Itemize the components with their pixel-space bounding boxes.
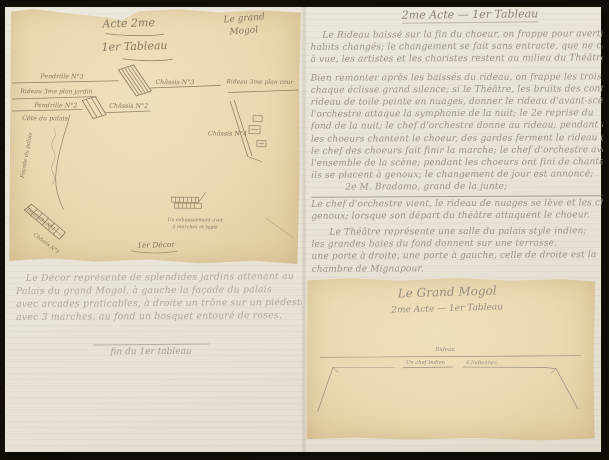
label-cote-palais: Côté du palais [22, 115, 69, 122]
label-chassis-4: Châssis N°4 [208, 130, 247, 137]
label-chassis-3: Châssis N°3 [155, 79, 194, 86]
manuscript-line: fond de la nuit; le chef d'orchestre don… [311, 120, 603, 134]
tableau-title: 1er Tableau [101, 39, 167, 54]
label-rideau-cour: Rideau 3me plan cour [225, 78, 294, 85]
label-chef-indien: Un chef Indien [406, 360, 445, 366]
notes-paragraph-2: Bien remonter après les baissés du ridea… [311, 71, 604, 195]
manuscript-line: 2e M. Bradamo, grand de la junte; [311, 181, 603, 195]
manuscript-line: genoux; lorsque son départ du théâtre at… [311, 209, 603, 223]
rideau-jardin-line [12, 96, 96, 100]
sheet-subtitle: 2me Acte — 1er Tableau [390, 302, 503, 315]
work-title-line2: Mogol [228, 25, 259, 37]
facade-squiggle [51, 128, 55, 184]
notes-paragraph-1: Le Rideau baissé sur la fin du choeur, o… [310, 28, 602, 66]
manuscript-line: chambre de Mignapour. [312, 262, 604, 276]
page-gutter-shadow [301, 7, 307, 452]
rostrum-caption-line1: Un exhaussement avec [167, 217, 223, 223]
rostrum-caption-line2: 2 marches et tapis [171, 224, 218, 230]
manuscript-line: à vue, les artistes et les choristes res… [310, 53, 602, 67]
label-pendrille-1: Pendrille N°1 [24, 206, 56, 232]
manuscript-line: avec 3 marches, au fond un bosquet entou… [16, 309, 302, 324]
sheet-title: Le Grand Mogol [397, 284, 497, 301]
label-chassis-1: Châssis N°1 [32, 231, 61, 255]
work-title-line1: Le grand [222, 12, 265, 25]
label-pendrille-2: Pendrille N°2 [33, 102, 77, 109]
rostrum-steps [171, 192, 205, 208]
flourish-footer [131, 251, 177, 253]
border-line-2b [106, 111, 150, 113]
border-line-cour [228, 90, 298, 93]
fin-du-tableau: fin du 1er tableau [93, 343, 209, 357]
staging-notes: Le Rideau baissé sur la fin du choeur, o… [310, 28, 603, 275]
palace-facade-curve [55, 114, 70, 209]
notes-paragraph-4: Le Théâtre représente une salle du palai… [311, 225, 603, 275]
flourish-under-tableau [123, 59, 173, 61]
label-chassis-2: Châssis N°2 [109, 103, 148, 110]
decor-description: Le Décor représente de splendides jardin… [16, 270, 302, 324]
curtain-plan-sheet: Le Grand Mogol 2me Acte — 1er Tableau Ri… [307, 277, 596, 441]
hatched-flat-b [82, 96, 106, 118]
hatched-flat-a [118, 65, 151, 96]
label-rideau: Rideau [434, 347, 455, 353]
archival-photograph: Acte 2me Le grand Mogol 1er Tableau Pend… [0, 0, 609, 460]
right-page-header: 2me Acte — 1er Tableau [380, 7, 560, 22]
manuscript-line: une porte à droite, une porte à gauche, … [312, 250, 604, 264]
flourish-under-act [106, 34, 164, 36]
border-line-3 [12, 80, 118, 84]
manuscript-line: Le Théâtre représente une salle du palai… [311, 225, 603, 239]
curtain-plan-drawing: Le Grand Mogol 2me Acte — 1er Tableau Ri… [307, 277, 596, 441]
stage-plan-drawing: Acte 2me Le grand Mogol 1er Tableau Pend… [9, 8, 301, 264]
label-rideau-jardin: Rideau 3me plan jardin [19, 88, 92, 96]
label-indiennes: 4 Indiennes [465, 360, 497, 366]
notes-paragraph-3: Le chef d'orchestre vient, le rideau de … [311, 197, 603, 223]
label-facade-palais: Façade du palais [20, 132, 34, 179]
act-title: Acte 2me [101, 16, 155, 31]
stage-plan-sheet: Acte 2me Le grand Mogol 1er Tableau Pend… [9, 8, 301, 264]
manuscript-line: ils se placent à genoux; le changement d… [311, 168, 603, 182]
torn-edge-line [265, 218, 293, 238]
stage-outline [318, 366, 578, 412]
footer-decor: 1er Décor [137, 240, 176, 250]
label-pendrille-3: Pendrille N°3 [39, 73, 83, 80]
rideau-line [320, 354, 581, 358]
throne-steps [249, 116, 266, 147]
